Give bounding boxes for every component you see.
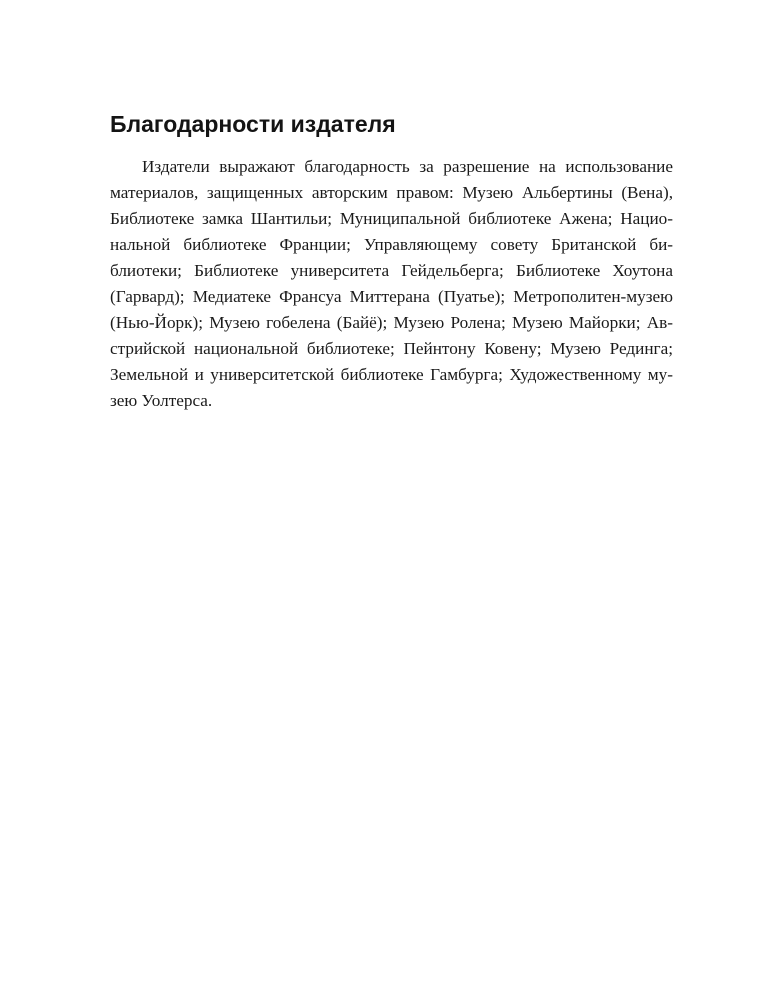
- paragraph-line: блиотеки; Библиотеке университета Гейдел…: [110, 258, 673, 284]
- paragraph-line: зею Уолтерса.: [110, 388, 673, 414]
- document-page: Благодарности издателя Издатели выражают…: [0, 0, 759, 1000]
- page-title: Благодарности издателя: [110, 109, 396, 139]
- paragraph-line: материалов, защищенных авторским правом:…: [110, 180, 673, 206]
- paragraph-line: Издатели выражают благодарность за разре…: [110, 154, 673, 180]
- paragraph-line: нальной библиотеке Франции; Управляющему…: [110, 232, 673, 258]
- paragraph-line: стрийской национальной библиотеке; Пейнт…: [110, 336, 673, 362]
- paragraph-line: Земельной и университетской библиотеке Г…: [110, 362, 673, 388]
- paragraph-line: (Нью-Йорк); Музею гобелена (Байё); Музею…: [110, 310, 673, 336]
- paragraph-line: Библиотеке замка Шантильи; Муниципальной…: [110, 206, 673, 232]
- acknowledgements-paragraph: Издатели выражают благодарность за разре…: [110, 154, 673, 414]
- paragraph-line: (Гарвард); Медиатеке Франсуа Миттерана (…: [110, 284, 673, 310]
